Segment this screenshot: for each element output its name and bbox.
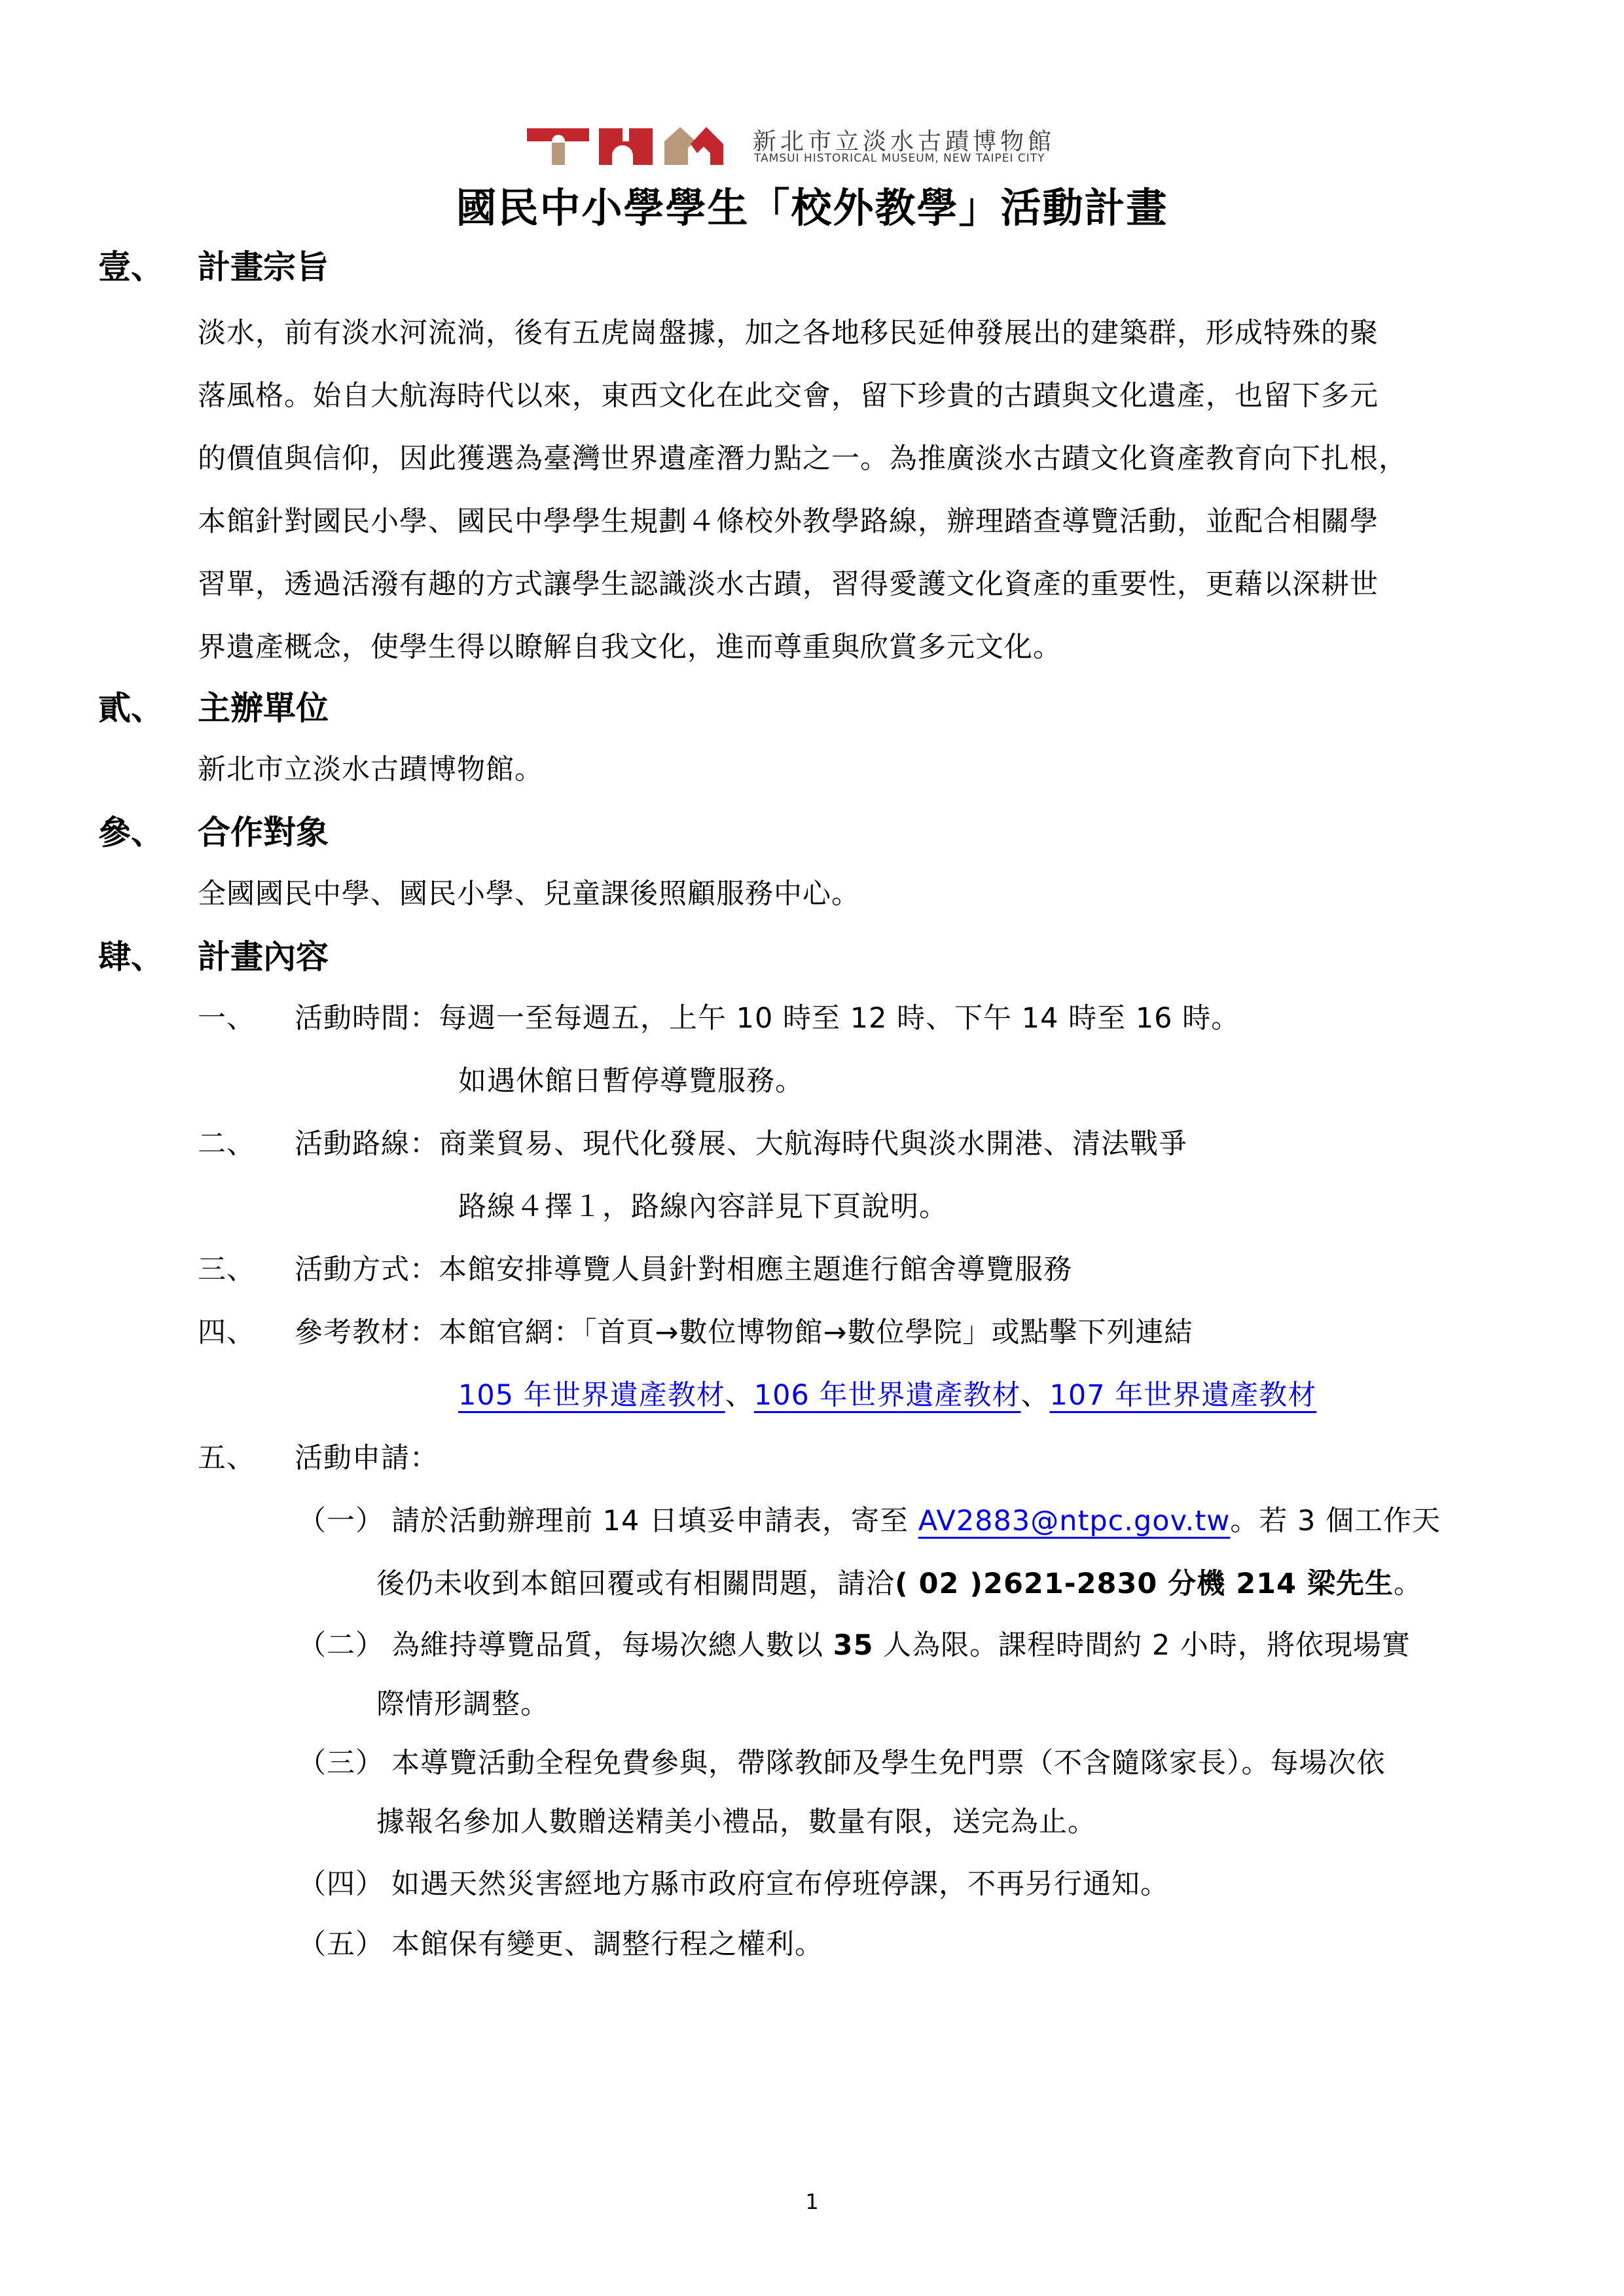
disaster-notice: 如遇天然災害經地方縣市政府宣布停班停課，不再另行通知。 [391, 1862, 1169, 1902]
sub-item-number: （一） [298, 1499, 384, 1539]
section-number: 參、 [98, 806, 164, 853]
text: 人為限。課程時間約 2 小時，將依現場實 [874, 1629, 1411, 1662]
material-links: 105 年世界遺產教材、106 年世界遺產教材、107 年世界遺產教材 [458, 1373, 1316, 1413]
text: 後仍未收到本館回覆或有相關問題，請洽 [376, 1568, 895, 1600]
item-continuation: 如遇休館日暫停導覽服務。 [458, 1059, 804, 1099]
item-label: 參考教材： [295, 1316, 439, 1349]
activity-method: 活動方式：本館安排導覽人員針對相應主題進行館舍導覽服務 [295, 1247, 1072, 1287]
item-number: 三、 [198, 1247, 255, 1287]
link-107-materials[interactable]: 107 年世界遺產教材 [1050, 1379, 1317, 1412]
sub-item-number: （三） [298, 1741, 384, 1781]
max-people: 35 [833, 1629, 874, 1662]
rights-reserved: 本館保有變更、調整行程之權利。 [391, 1922, 823, 1962]
contact-info: 後仍未收到本館回覆或有相關問題，請洽( 02 )2621-2830 分機 214… [376, 1562, 1422, 1602]
item-number: 四、 [198, 1310, 255, 1350]
paragraph-line: 淡水，前有淡水河流淌，後有五虎崗盤據，加之各地移民延伸發展出的建築群，形成特殊的… [198, 311, 1379, 351]
section-heading-purpose: 壹、 計畫宗旨 [0, 241, 1624, 287]
separator: 、 [1021, 1379, 1050, 1412]
item-text: 本館官網：「首頁→數位博物館→數位學院」或點擊下列連結 [439, 1316, 1193, 1349]
item-label: 活動方式： [295, 1253, 439, 1286]
text: 為維持導覽品質，每場次總人數以 [391, 1629, 833, 1662]
email-link[interactable]: AV2883@ntpc.gov.tw [918, 1505, 1231, 1537]
item-continuation: 據報名參加人數贈送精美小禮品，數量有限，送完為止。 [376, 1800, 1096, 1840]
museum-logo-mark [527, 124, 740, 165]
section-title: 計畫內容 [198, 931, 329, 978]
paragraph-line: 界遺產概念，使學生得以瞭解自我文化，進而尊重與欣賞多元文化。 [198, 625, 1062, 665]
organizer-text: 新北市立淡水古蹟博物館。 [198, 747, 543, 787]
item-text: 本館安排導覽人員針對相應主題進行館舍導覽服務 [439, 1253, 1072, 1286]
partners-text: 全國國民中學、國民小學、兒童課後照顧服務中心。 [198, 872, 860, 912]
paragraph-line: 習單，透過活潑有趣的方式讓學生認識淡水古蹟，習得愛護文化資產的重要性，更藉以深耕… [198, 562, 1379, 602]
item-number: 一、 [198, 996, 255, 1036]
sub-item-number: （五） [298, 1922, 384, 1962]
museum-name-en: TAMSUI HISTORICAL MUSEUM, NEW TAIPEI CIT… [754, 152, 1045, 165]
section-number: 壹、 [98, 241, 164, 288]
page-number: 1 [0, 2189, 1624, 2214]
text: 請於活動辦理前 14 日填妥申請表，寄至 [391, 1505, 918, 1537]
section-heading-organizer: 貳、 主辦單位 [0, 682, 1624, 728]
activity-routes: 活動路線：商業貿易、現代化發展、大航海時代與淡水開港、清法戰爭 [295, 1122, 1187, 1162]
text: 。 [1394, 1568, 1422, 1600]
item-number: 五、 [198, 1436, 255, 1476]
free-admission-text: 本導覽活動全程免費參與，帶隊教師及學生免門票（不含隨隊家長）。每場次依 [391, 1741, 1386, 1781]
section-heading-content: 肆、 計畫內容 [0, 931, 1624, 977]
sub-item-number: （二） [298, 1623, 384, 1663]
item-label: 活動時間： [295, 1002, 439, 1035]
page-title: 國民中小學學生「校外教學」活動計畫 [0, 175, 1624, 234]
item-text: 每週一至每週五，上午 10 時至 12 時、下午 14 時至 16 時。 [439, 1002, 1240, 1035]
section-heading-partners: 參、 合作對象 [0, 806, 1624, 852]
application-instruction: 請於活動辦理前 14 日填妥申請表，寄至 AV2883@ntpc.gov.tw。… [391, 1499, 1441, 1539]
reference-materials: 參考教材：本館官網：「首頁→數位博物館→數位學院」或點擊下列連結 [295, 1310, 1193, 1350]
group-size-rule: 為維持導覽品質，每場次總人數以 35 人為限。課程時間約 2 小時，將依現場實 [391, 1623, 1411, 1663]
item-number: 二、 [198, 1122, 255, 1162]
separator: 、 [725, 1379, 754, 1412]
section-number: 貳、 [98, 682, 164, 729]
link-106-materials[interactable]: 106 年世界遺產教材 [754, 1379, 1021, 1412]
activity-time: 活動時間：每週一至每週五，上午 10 時至 12 時、下午 14 時至 16 時… [295, 996, 1240, 1036]
section-number: 肆、 [98, 931, 164, 978]
item-continuation: 路線４擇１，路線內容詳見下頁說明。 [458, 1185, 948, 1225]
link-105-materials[interactable]: 105 年世界遺產教材 [458, 1379, 725, 1412]
sub-item-number: （四） [298, 1862, 384, 1902]
paragraph-line: 落風格。始自大航海時代以來，東西文化在此交會，留下珍貴的古蹟與文化遺產，也留下多… [198, 374, 1379, 414]
section-title: 合作對象 [198, 806, 329, 853]
section-title: 主辦單位 [198, 682, 329, 729]
item-label: 活動路線： [295, 1128, 439, 1160]
section-title: 計畫宗旨 [198, 241, 329, 288]
text: 。若 3 個工作天 [1230, 1505, 1441, 1537]
paragraph-line: 本館針對國民小學、國民中學學生規劃４條校外教學路線，辦理踏查導覽活動，並配合相關… [198, 499, 1379, 539]
paragraph-line: 的價值與信仰，因此獲選為臺灣世界遺產潛力點之一。為推廣淡水古蹟文化資產教育向下扎… [198, 437, 1407, 476]
item-text: 商業貿易、現代化發展、大航海時代與淡水開港、清法戰爭 [439, 1128, 1187, 1160]
item-continuation: 際情形調整。 [376, 1682, 549, 1722]
application-heading: 活動申請： [295, 1436, 439, 1476]
contact-phone: ( 02 )2621-2830 分機 214 梁先生 [895, 1568, 1394, 1600]
